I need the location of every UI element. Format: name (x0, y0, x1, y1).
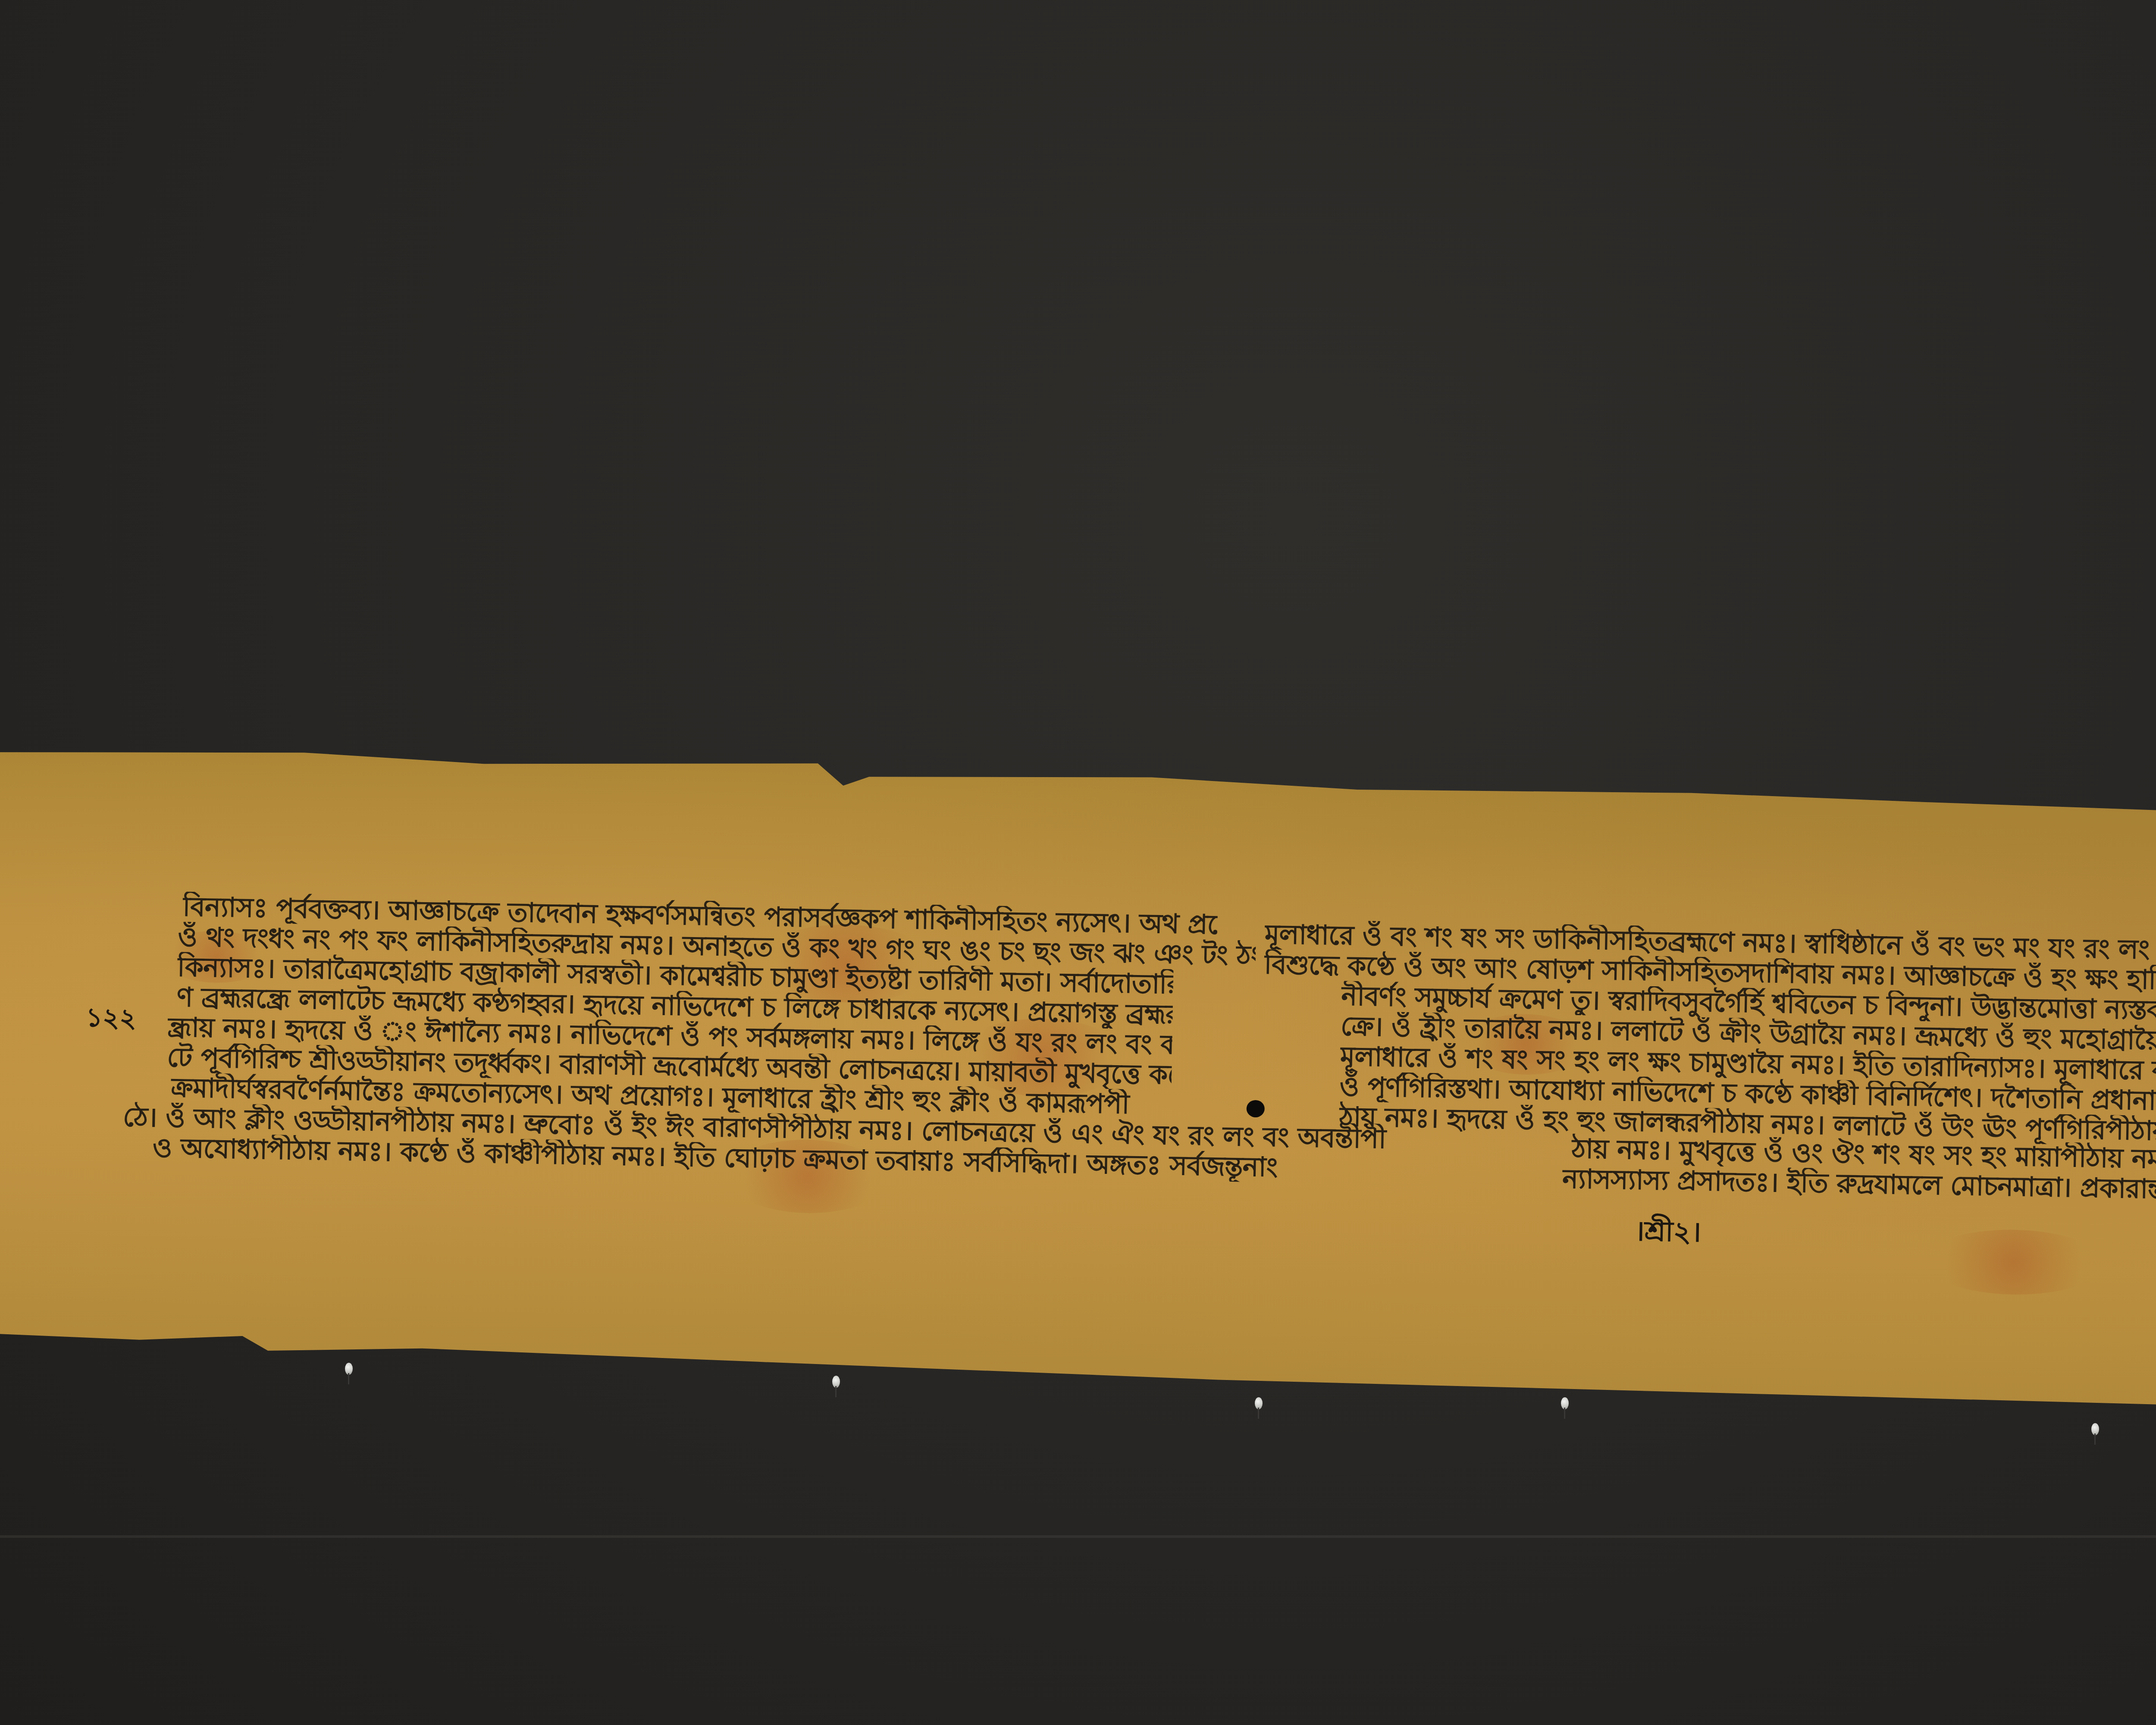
mounting-pin (345, 1363, 353, 1375)
binding-string-hole (1247, 1100, 1265, 1117)
mounting-pin (832, 1376, 840, 1388)
manuscript-folio: ১২২ বিন্যাসঃ পূর্ববক্তব্য। আজ্ঞাচক্রে তা… (0, 746, 2156, 1498)
bottom-note: ।শ্রী২। (1634, 1210, 1702, 1258)
left-folio-number: ১২২ (85, 998, 137, 1042)
mounting-pin (1255, 1397, 1263, 1409)
mounting-pin (1561, 1397, 1569, 1409)
mounting-pin (2091, 1423, 2099, 1435)
mount-edge (0, 1535, 2156, 1538)
